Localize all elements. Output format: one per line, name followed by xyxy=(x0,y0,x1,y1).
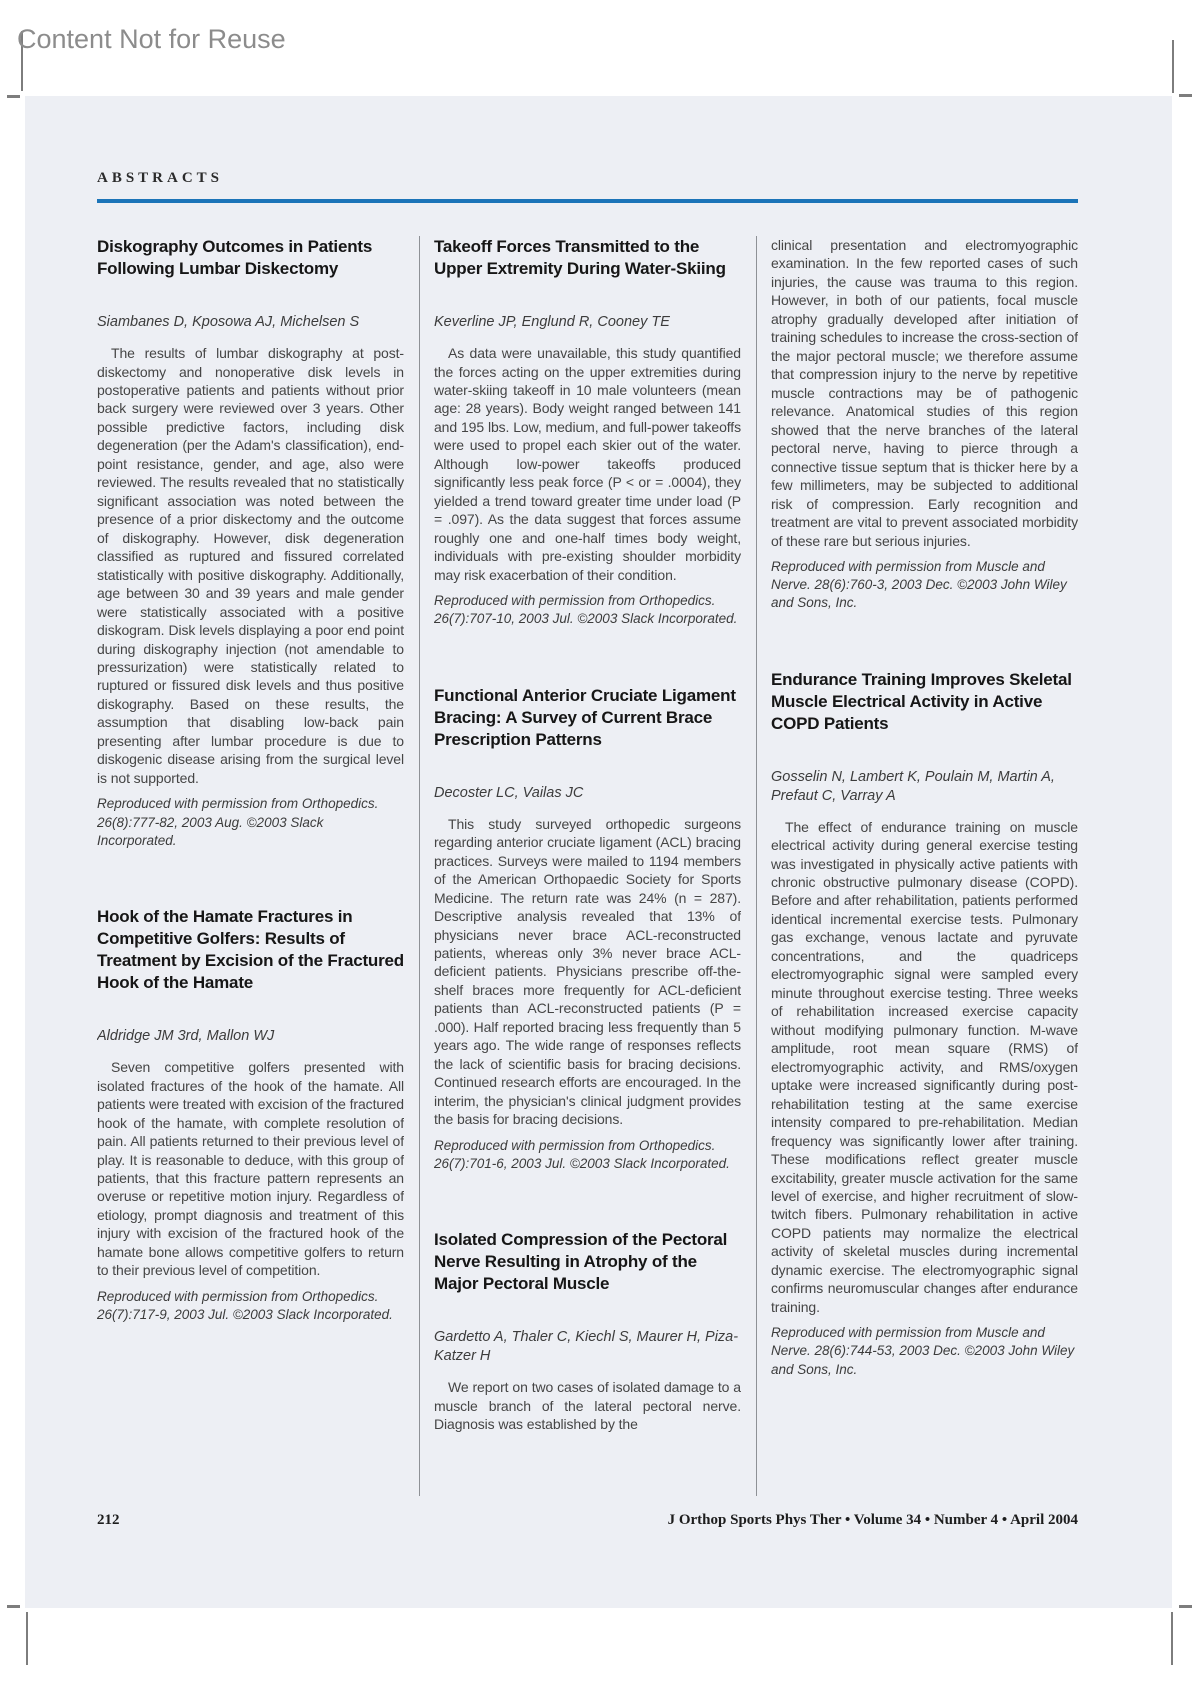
abstract: Functional Anterior Cruciate Ligament Br… xyxy=(434,685,741,1174)
column-1: Diskography Outcomes in Patients Followi… xyxy=(97,236,404,1498)
abstract-body: The effect of endurance training on musc… xyxy=(771,818,1078,1317)
abstract-authors: Keverline JP, Englund R, Cooney TE xyxy=(434,313,741,332)
watermark: Content Not for Reuse xyxy=(17,24,286,55)
column-divider xyxy=(756,236,757,1496)
column-divider xyxy=(419,236,420,1496)
column-gutter xyxy=(741,236,771,1498)
abstract: Hook of the Hamate Fractures in Competit… xyxy=(97,906,404,1324)
column-3: clinical presentation and electromyograp… xyxy=(771,236,1078,1498)
abstract-continuation: clinical presentation and electromyograp… xyxy=(771,236,1078,613)
page-number: 212 xyxy=(97,1512,120,1529)
abstract-citation: Reproduced with permission from Muscle a… xyxy=(771,1324,1078,1379)
abstract-body: We report on two cases of isolated damag… xyxy=(434,1378,741,1433)
header-rule xyxy=(97,199,1078,203)
abstract: Endurance Training Improves Skeletal Mus… xyxy=(771,669,1078,1379)
abstract-title: Endurance Training Improves Skeletal Mus… xyxy=(771,669,1078,735)
abstract-body: clinical presentation and electromyograp… xyxy=(771,236,1078,550)
abstract-citation: Reproduced with permission from Orthoped… xyxy=(97,1288,404,1324)
abstract: Diskography Outcomes in Patients Followi… xyxy=(97,236,404,850)
page-content: ABSTRACTS Diskography Outcomes in Patien… xyxy=(97,96,1078,1608)
crop-mark xyxy=(1171,1612,1173,1665)
abstract-title: Hook of the Hamate Fractures in Competit… xyxy=(97,906,404,994)
abstract-body: The results of lumbar diskography at pos… xyxy=(97,344,404,787)
column-2: Takeoff Forces Transmitted to the Upper … xyxy=(434,236,741,1498)
abstract-authors: Gosselin N, Lambert K, Poulain M, Martin… xyxy=(771,768,1078,806)
crop-mark xyxy=(26,1612,28,1665)
crop-mark xyxy=(7,1605,20,1608)
crop-mark xyxy=(7,95,20,98)
page-footer: 212 J Orthop Sports Phys Ther • Volume 3… xyxy=(97,1512,1078,1529)
journal-citation-line: J Orthop Sports Phys Ther • Volume 34 • … xyxy=(668,1512,1078,1529)
abstract-title: Isolated Compression of the Pectoral Ner… xyxy=(434,1229,741,1295)
abstract-citation: Reproduced with permission from Orthoped… xyxy=(97,795,404,850)
abstract-body: Seven competitive golfers presented with… xyxy=(97,1058,404,1280)
section-heading: ABSTRACTS xyxy=(97,170,223,187)
abstract-citation: Reproduced with permission from Orthoped… xyxy=(434,1137,741,1173)
abstract-citation: Reproduced with permission from Orthoped… xyxy=(434,592,741,628)
abstract-title: Takeoff Forces Transmitted to the Upper … xyxy=(434,236,741,280)
abstract: Isolated Compression of the Pectoral Ner… xyxy=(434,1229,741,1433)
abstract-body: As data were unavailable, this study qua… xyxy=(434,344,741,584)
abstract-title: Functional Anterior Cruciate Ligament Br… xyxy=(434,685,741,751)
abstract-authors: Decoster LC, Vailas JC xyxy=(434,784,741,803)
abstract-body: This study surveyed orthopedic surgeons … xyxy=(434,815,741,1129)
column-gutter xyxy=(404,236,434,1498)
abstract-authors: Siambanes D, Kposowa AJ, Michelsen S xyxy=(97,313,404,332)
abstract-authors: Aldridge JM 3rd, Mallon WJ xyxy=(97,1027,404,1046)
crop-mark xyxy=(1179,94,1192,97)
abstract-citation: Reproduced with permission from Muscle a… xyxy=(771,558,1078,613)
journal-page: ABSTRACTS Diskography Outcomes in Patien… xyxy=(25,96,1172,1608)
crop-mark xyxy=(1179,1605,1192,1608)
abstract-authors: Gardetto A, Thaler C, Kiechl S, Maurer H… xyxy=(434,1328,741,1366)
column-layout: Diskography Outcomes in Patients Followi… xyxy=(97,236,1078,1498)
abstract: Takeoff Forces Transmitted to the Upper … xyxy=(434,236,741,629)
abstract-title: Diskography Outcomes in Patients Followi… xyxy=(97,236,404,280)
crop-mark xyxy=(1172,40,1174,93)
